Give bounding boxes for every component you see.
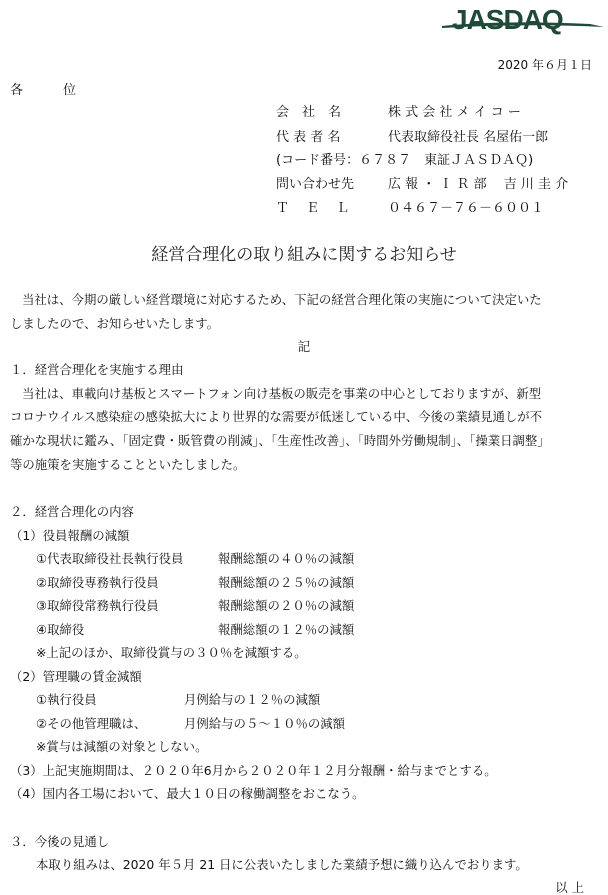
closing-mark: 以 上 [555,878,584,895]
executive-cut-row: ②取締役専務執行役員報酬総額の２５％の減額 [36,573,436,591]
addressee-part-1: 各 [10,83,23,98]
intro-line-2: しましたので、お知らせいたします。 [10,314,219,332]
executive-cut: 報酬総額の２０％の減額 [218,596,354,614]
contact-label: 問い合わせ先 [276,173,388,192]
document-title: 経営合理化の取り組みに関するお知らせ [0,240,608,265]
executive-cut: 報酬総額の１２％の減額 [218,620,354,638]
representative-value: 代表取締役社長 名屋佑一郎 [388,130,548,145]
company-name-value: 株 式 会 社 メ イ コ ー [388,105,521,120]
issue-date: 2020 年６月１日 [498,56,592,73]
manager-cut-row: ①執行役員月例給与の１２％の減額 [36,690,436,708]
section-3-heading: ３．今後の見通し [10,832,109,850]
section-1-line: 等の施策を実施することといたしました。 [10,455,245,473]
executive-role: ④取締役 [36,622,84,637]
company-name-label: 会 社 名 [276,101,388,120]
section-1-heading: １．経営合理化を実施する理由 [10,360,183,378]
executive-cut-row: ①代表取締役社長執行役員報酬総額の４０％の減額 [36,549,436,567]
representative-row: 代 表 者 名代表取締役社長 名屋佑一郎 [276,126,548,145]
manager-cut: 月例給与の１２％の減額 [184,690,320,708]
manager-role: ②その他管理職は、 [36,716,146,731]
tel-value: ０４６７－７６－６００１ [388,201,544,216]
section-1-line: 確かな現状に鑑み、「固定費・販管費の削減」、「生産性改善」、「時間外労働規制」、… [10,431,550,449]
subsection-1-note: ※上記のほか、取締役賞与の３０％を減額する。 [36,643,307,661]
stock-code-value: (コード番号：６７８７ 東証ＪＡＳＤＡＱ) [276,153,533,168]
tel-label: Ｔ Ｅ Ｌ [276,197,388,216]
section-2-heading: ２．経営合理化の内容 [10,502,134,520]
ki-marker: 記 [0,337,608,355]
subsection-2-note: ※賞与は減額の対象としない。 [36,737,207,755]
executive-role: ③取締役常務執行役員 [36,598,159,613]
company-name-row: 会 社 名株 式 会 社 メ イ コ ー [276,101,521,120]
executive-role: ①代表取締役社長執行役員 [36,551,183,566]
representative-label: 代 表 者 名 [276,126,388,145]
executive-cut-row: ④取締役報酬総額の１２％の減額 [36,620,436,638]
contact-row: 問い合わせ先広 報 ・ Ｉ Ｒ 部 吉 川 圭 介 [276,173,568,192]
executive-role: ②取締役専務執行役員 [36,575,159,590]
svg-text:JASDAQ: JASDAQ [452,4,563,35]
jasdaq-logo: JASDAQ [440,2,606,38]
addressee-part-2: 位 [63,83,76,98]
section-3-line: 本取り組みは、2020 年５月 21 日に公表いたしました業績予想に織り込んでお… [36,855,528,873]
addressee: 各位 [10,79,76,98]
stock-code-row: (コード番号：６７８７ 東証ＪＡＳＤＡＱ) [276,149,533,168]
contact-value: 広 報 ・ Ｉ Ｒ 部 吉 川 圭 介 [388,177,568,192]
intro-line-1: 当社は、今期の厳しい経営環境に対応するため、下記の経営合理化策の実施について決定… [22,290,542,308]
section-1-line: 当社は、車載向け基板とスマートフォン向け基板の販売を事業の中心としておりますが、… [22,384,541,402]
subsection-3: （3）上記実施期間は、２０２０年6月から２０２０年１２月分報酬・給与までとする。 [10,761,497,779]
manager-cut: 月例給与の５～１０％の減額 [184,714,345,732]
subsection-2-heading: （2）管理職の賃金減額 [10,667,142,685]
executive-cut: 報酬総額の４０％の減額 [218,549,354,567]
manager-cut-row: ②その他管理職は、月例給与の５～１０％の減額 [36,714,436,732]
subsection-4: （4）国内各工場において、最大１０日の稼働調整をおこなう。 [10,784,365,802]
subsection-1-heading: （1）役員報酬の減額 [10,526,129,544]
manager-role: ①執行役員 [36,692,97,707]
tel-row: Ｔ Ｅ Ｌ０４６７－７６－６００１ [276,197,544,216]
section-1-line: コロナウイルス感染症の感染拡大により世界的な需要が低迷している中、今後の業績見通… [10,407,542,425]
executive-cut-row: ③取締役常務執行役員報酬総額の２０％の減額 [36,596,436,614]
executive-cut: 報酬総額の２５％の減額 [218,573,354,591]
